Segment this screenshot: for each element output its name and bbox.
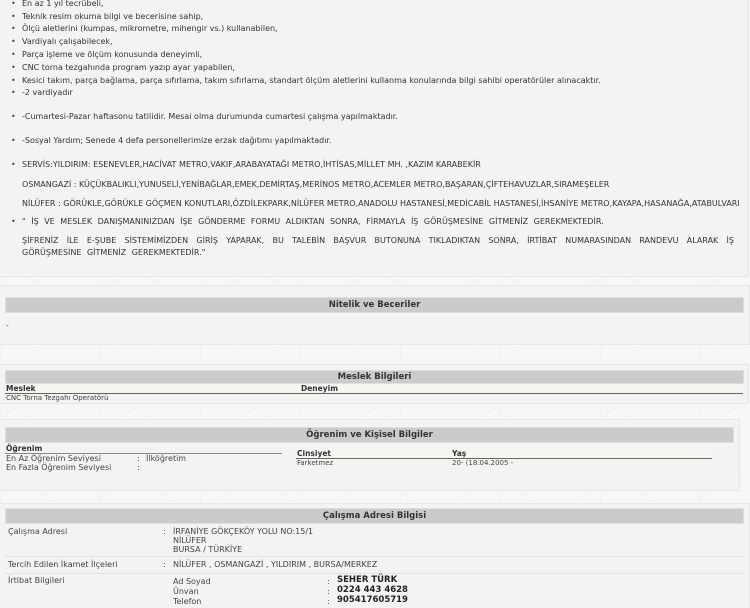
column-header-gender: Cinsiyet bbox=[297, 449, 331, 458]
service-yildirim: SERVİS:YILDIRIM: ESENEVLER,HACİVAT METRO… bbox=[22, 159, 738, 172]
job-description-list: Teknik Lisesi/Anadolu Meslek Lisesi/Mesl… bbox=[10, 0, 738, 258]
separator: : bbox=[163, 527, 166, 537]
list-item: Vardiyalı çalışabilecek, bbox=[10, 36, 738, 49]
contact-phone-label: Telefon bbox=[173, 597, 201, 607]
separator: : bbox=[163, 560, 166, 570]
separator: : bbox=[327, 577, 330, 587]
list-item: En az 1 yıl tecrübeli, bbox=[10, 0, 738, 11]
residence-districts-value: NİLÜFER , OSMANGAZİ , YILDIRIM , BURSA/M… bbox=[173, 560, 377, 570]
age-value: 20- (18.04.2005 - bbox=[452, 459, 513, 468]
list-item-service: SERVİS:YILDIRIM: ESENEVLER,HACİVAT METRO… bbox=[10, 159, 738, 172]
list-item: CNC torna tezgahında program yazıp ayar … bbox=[10, 62, 738, 75]
separator: : bbox=[327, 597, 330, 607]
job-description-panel: Teknik Lisesi/Anadolu Meslek Lisesi/Mesl… bbox=[0, 0, 749, 277]
contact-name-label: Ad Soyad bbox=[173, 577, 211, 587]
work-address-line-1: İRFANİYE GÖKÇEKÖY YOLU NO:15/1 bbox=[173, 527, 313, 536]
work-address-label: Çalışma Adresi bbox=[8, 527, 67, 537]
section-title-occupation: Meslek Bilgileri bbox=[5, 370, 744, 384]
list-item: Parça işleme ve ölçüm konusunda deneyiml… bbox=[10, 49, 738, 62]
header-rule bbox=[5, 393, 743, 394]
column-header-age: Yaş bbox=[452, 449, 466, 458]
service-nilufer: NİLÜFER : GÖRÜKLE,GÖRÜKLE GÖÇMEN KONUTLA… bbox=[10, 198, 738, 210]
column-header-experience: Deneyim bbox=[301, 384, 338, 393]
personal-header-row bbox=[296, 449, 712, 458]
contact-info-label: İrtibat Bilgileri bbox=[8, 576, 65, 586]
occupation-panel: Meslek Bilgileri Meslek Deneyim CNC Torn… bbox=[0, 364, 749, 404]
education-personal-panel: Öğrenim ve Kişisel Bilgiler Öğrenim En A… bbox=[0, 419, 740, 491]
occupation-value: CNC Torna Tezgahı Operatörü bbox=[6, 394, 109, 403]
separator: : bbox=[327, 587, 330, 597]
work-address-panel: Çalışma Adresi Bilgisi Çalışma Adresi : … bbox=[0, 503, 750, 608]
gender-value: Farketmez bbox=[297, 459, 333, 468]
residence-districts-label: Tercih Edilen İkamet İlçeleri bbox=[8, 560, 118, 570]
section-title-skills: Nitelik ve Beceriler bbox=[5, 297, 744, 313]
section-title-work-address: Çalışma Adresi Bilgisi bbox=[5, 508, 744, 524]
separator: : bbox=[137, 463, 140, 473]
contact-title-label: Ünvan bbox=[173, 587, 199, 597]
service-osmangazi: OSMANGAZİ : KÜÇÜKBALIKLI,YUNUSELİ,YENİBA… bbox=[10, 179, 738, 191]
max-education-label: En Fazla Öğrenim Seviyesi bbox=[6, 463, 111, 473]
column-header-education: Öğrenim bbox=[6, 444, 42, 453]
list-item: Teknik resim okuma bilgi ve becerisine s… bbox=[10, 11, 738, 24]
list-item-notice: " İŞ VE MESLEK DANIŞMANINIZDAN İŞE GÖNDE… bbox=[10, 216, 738, 229]
notice-instructions: ŞİFRENİZ İLE E-ŞUBE SİSTEMİMİZDEN GİRİŞ … bbox=[10, 235, 734, 258]
occupation-header-row bbox=[5, 384, 743, 393]
list-item: -2 vardiyadır bbox=[10, 87, 738, 100]
skills-panel: Nitelik ve Beceriler - bbox=[0, 285, 750, 345]
section-title-education: Öğrenim ve Kişisel Bilgiler bbox=[5, 427, 734, 443]
skills-value: - bbox=[6, 321, 9, 330]
row-divider bbox=[5, 573, 743, 574]
list-item: Ölçü aletlerini (kumpas, mikrometre, mih… bbox=[10, 23, 738, 36]
row-divider bbox=[5, 556, 743, 557]
list-item-weekend: -Cumartesi-Pazar haftasonu tatilidir. Me… bbox=[10, 111, 738, 124]
list-item-social: -Sosyal Yardım; Senede 4 defa personelle… bbox=[10, 135, 738, 148]
contact-phone-value[interactable]: 905417605719 bbox=[337, 596, 408, 606]
work-address-line-2: NİLÜFER bbox=[173, 536, 206, 545]
list-item: Kesici takım, parça bağlama, parça sıfır… bbox=[10, 75, 738, 88]
column-header-occupation: Meslek bbox=[6, 384, 36, 393]
min-education-value: İlköğretim bbox=[146, 454, 186, 464]
work-address-line-3: BURSA / TÜRKİYE bbox=[173, 545, 242, 554]
